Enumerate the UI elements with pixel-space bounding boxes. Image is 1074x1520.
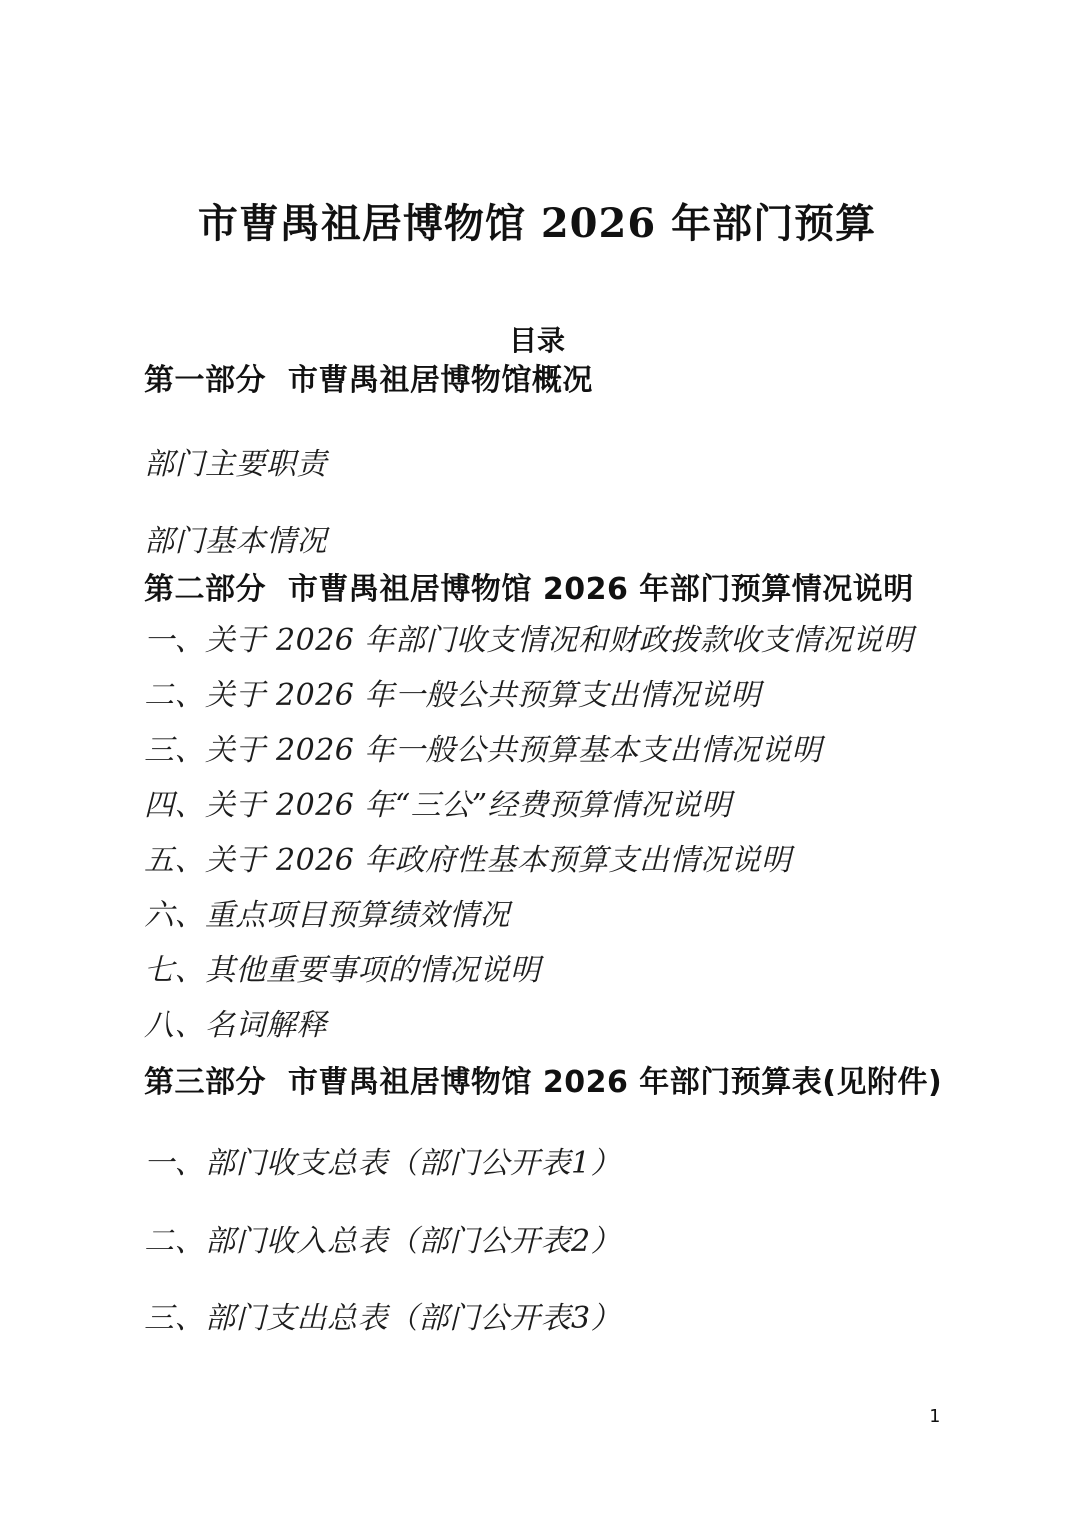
toc-part3-item: 二、部门收入总表（部门公开表2） [144, 1225, 621, 1260]
toc-part2-item: 七、其他重要事项的情况说明 [144, 954, 541, 989]
toc-part1-item: 部门主要职责 [144, 448, 327, 483]
toc-part2-item: 三、关于 2026 年一般公共预算基本支出情况说明 [144, 734, 822, 769]
toc-part2-item: 一、关于 2026 年部门收支情况和财政拨款收支情况说明 [144, 624, 913, 659]
toc-part2-item: 五、关于 2026 年政府性基本预算支出情况说明 [144, 844, 791, 879]
toc-part3-item: 一、部门收支总表（部门公开表1） [144, 1147, 621, 1182]
document-title: 市曹禺祖居博物馆 2026 年部门预算 [0, 192, 1074, 249]
toc-part2-item: 八、名词解释 [144, 1009, 327, 1044]
toc-part1-item: 部门基本情况 [144, 525, 327, 560]
toc-part1-heading: 第一部分 市曹禺祖居博物馆概况 [144, 364, 593, 399]
toc-part3-item: 三、部门支出总表（部门公开表3） [144, 1302, 621, 1337]
toc-heading: 目录 [0, 319, 1074, 359]
toc-part2-item: 四、关于 2026 年“三公”经费预算情况说明 [144, 789, 732, 824]
toc-part2-item: 二、关于 2026 年一般公共预算支出情况说明 [144, 679, 761, 714]
toc-part2-heading: 第二部分 市曹禺祖居博物馆 2026 年部门预算情况说明 [144, 573, 914, 608]
document-page: 市曹禺祖居博物馆 2026 年部门预算 目录 第一部分 市曹禺祖居博物馆概况 部… [0, 0, 1074, 1520]
toc-part2-item: 六、重点项目预算绩效情况 [144, 899, 510, 934]
page-number: 1 [929, 1406, 940, 1427]
toc-part3-heading: 第三部分 市曹禺祖居博物馆 2026 年部门预算表(见附件) [144, 1066, 942, 1101]
